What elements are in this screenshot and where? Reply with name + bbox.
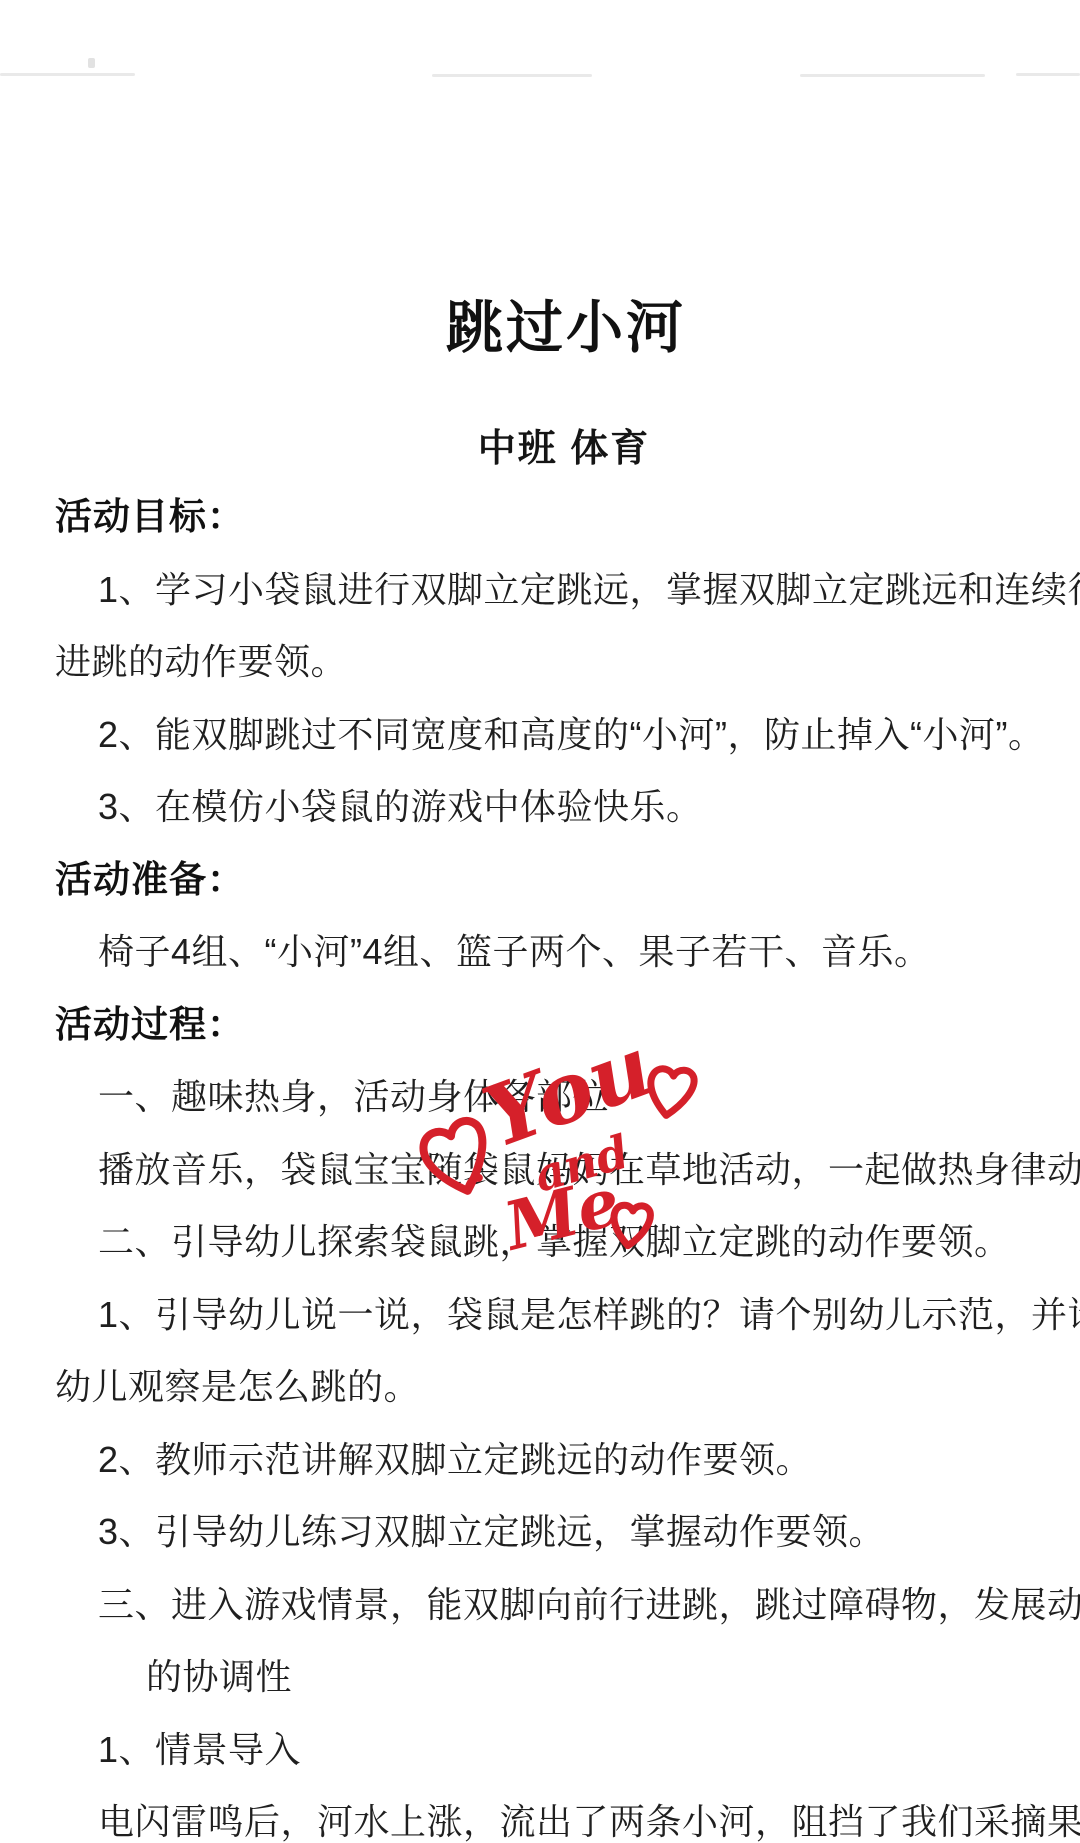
- para-prep-materials: 椅子4组、“小河”4组、篮子两个、果子若干、音乐。: [98, 931, 1040, 972]
- scan-artifact: [0, 73, 135, 76]
- doc-title: 跳过小河: [26, 296, 1080, 362]
- document-page: 跳过小河 中班 体育 活动目标： 1、学习小袋鼠进行双脚立定跳远，掌握双脚立定跳…: [0, 0, 1080, 1843]
- para-scene-story: 电闪雷鸣后，河水上涨，流出了两条小河，阻挡了我们采摘果子: [98, 1801, 1040, 1842]
- scan-artifact: [432, 74, 592, 77]
- scan-artifact: [1016, 73, 1080, 76]
- para-process-1-warmup: 一、趣味热身，活动身体各部位: [98, 1076, 1040, 1117]
- para-goal-1a: 1、学习小袋鼠进行双脚立定跳远，掌握双脚立定跳远和连续行: [98, 569, 1040, 610]
- para-process-3-game-a: 三、进入游戏情景，能双脚向前行进跳，跳过障碍物，发展动作: [98, 1584, 1040, 1625]
- para-explore-1a: 1、引导幼儿说一说，袋鼠是怎样跳的？请个别幼儿示范，并请: [98, 1294, 1040, 1335]
- para-goal-1b: 进跳的动作要领。: [55, 641, 1040, 682]
- scan-artifact: [800, 74, 985, 77]
- heading-activity-process: 活动过程：: [55, 1004, 1040, 1047]
- para-scene-intro: 1、情景导入: [98, 1729, 1040, 1770]
- para-explore-1b: 幼儿观察是怎么跳的。: [55, 1366, 1040, 1407]
- heading-activity-prep: 活动准备：: [55, 859, 1040, 902]
- doc-subtitle: 中班 体育: [24, 428, 1080, 472]
- heading-activity-goals: 活动目标：: [55, 496, 1040, 539]
- para-explore-2: 2、教师示范讲解双脚立定跳远的动作要领。: [98, 1439, 1040, 1480]
- para-explore-3: 3、引导幼儿练习双脚立定跳远，掌握动作要领。: [98, 1511, 1040, 1552]
- scan-artifact: [88, 58, 95, 68]
- para-goal-2: 2、能双脚跳过不同宽度和高度的“小河”，防止掉入“小河”。: [98, 714, 1040, 755]
- para-goal-3: 3、在模仿小袋鼠的游戏中体验快乐。: [98, 786, 1040, 827]
- para-warmup-music: 播放音乐，袋鼠宝宝随袋鼠妈妈在草地活动，一起做热身律动。: [98, 1149, 1040, 1190]
- para-process-2-explore: 二、引导幼儿探索袋鼠跳，掌握双脚立定跳的动作要领。: [98, 1221, 1040, 1262]
- para-process-3-game-b: 的协调性: [146, 1656, 1040, 1697]
